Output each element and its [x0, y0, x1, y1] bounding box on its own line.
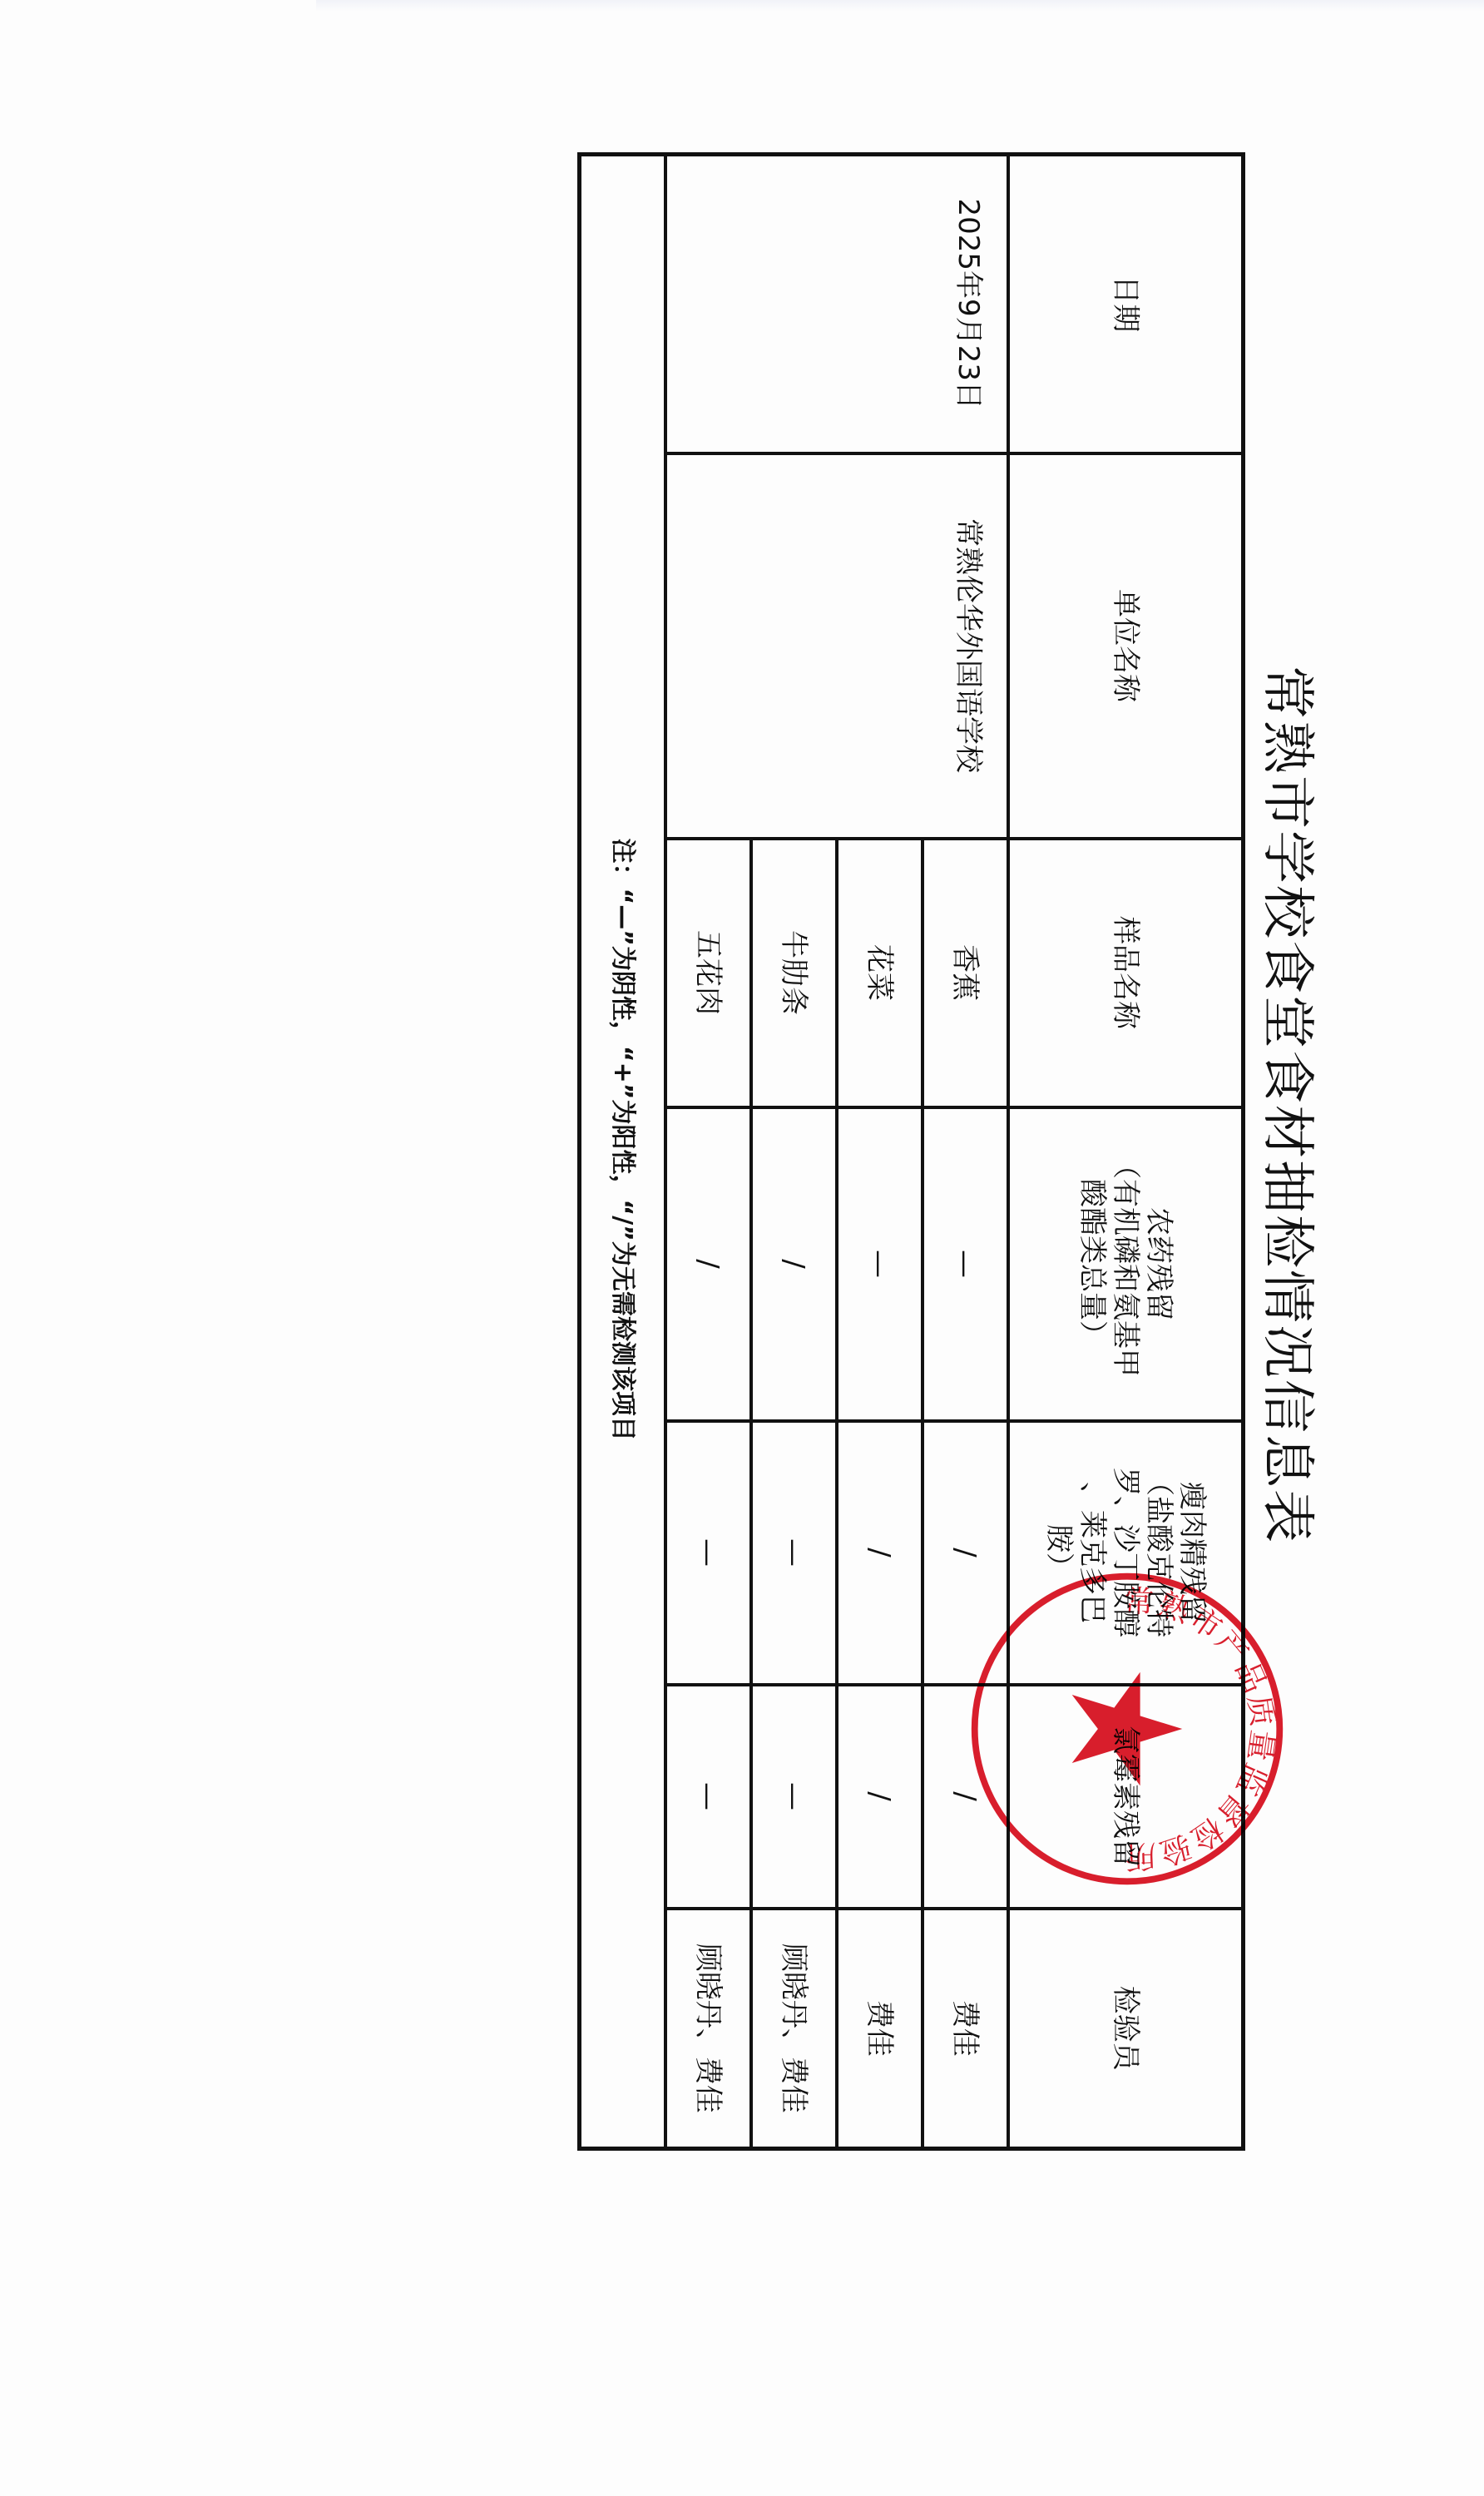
chloramphenicol-result: /: [837, 1685, 923, 1909]
pesticide-result: /: [751, 1107, 837, 1421]
date-cell: 2025年9月23日: [665, 155, 1008, 453]
report-sheet: 常熟市学校食堂食材抽检情况信息表 日期 单位名称 样品名称 农药残留（有机磷和氨…: [574, 152, 1323, 2149]
header-sample: 样品名称: [1008, 839, 1244, 1107]
pesticide-result: /: [665, 1107, 751, 1421]
inspector-cell: 费佳: [837, 1909, 923, 2149]
table-note: 注：“—”为阴性，“+”为阳性，“/”为无需检测该项目: [580, 839, 666, 2149]
inspection-table: 日期 单位名称 样品名称 农药残留（有机磷和氨基甲酸酯类总量） 瘦肉精残留（盐酸…: [577, 152, 1245, 2151]
header-unit: 单位名称: [1008, 453, 1244, 839]
table-header-row: 日期 单位名称 样品名称 农药残留（有机磷和氨基甲酸酯类总量） 瘦肉精残留（盐酸…: [1008, 155, 1244, 2149]
header-date: 日期: [1008, 155, 1244, 453]
note-spacer: [580, 155, 666, 839]
header-line: （有机磷和氨基甲: [1109, 1114, 1142, 1414]
pesticide-result: —: [837, 1107, 923, 1421]
header-line: 检验员: [1109, 1915, 1142, 2142]
inspector-cell: 顾晓丹、费佳: [665, 1909, 751, 2149]
header-pesticide-residue: 农药残留（有机磷和氨基甲酸酯类总量）: [1008, 1107, 1244, 1421]
scan-edge-artifact: [316, 0, 1484, 12]
unit-cell: 常熟伦华外国语学校: [665, 453, 1008, 839]
clenbuterol-result: —: [751, 1421, 837, 1685]
clenbuterol-result: /: [837, 1421, 923, 1685]
chloramphenicol-result: /: [923, 1685, 1008, 1909]
header-line: 氯霉素残留: [1109, 1691, 1142, 1902]
sample-cell: 牛肋条: [751, 839, 837, 1107]
clenbuterol-result: /: [923, 1421, 1008, 1685]
inspector-cell: 顾晓丹、费佳: [751, 1909, 837, 2149]
header-line: 罗、沙丁胺醇: [1109, 1428, 1142, 1678]
pesticide-result: —: [923, 1107, 1008, 1421]
header-line: 日期: [1109, 161, 1142, 447]
header-line: 瘦肉精残留: [1175, 1428, 1209, 1678]
header-line: 农药残留: [1142, 1114, 1175, 1414]
sample-cell: 五花肉: [665, 839, 751, 1107]
header-line: 酸酯类总量）: [1076, 1114, 1109, 1414]
sample-cell: 香蕉: [923, 839, 1008, 1107]
clenbuterol-result: —: [665, 1421, 751, 1685]
header-line: 、莱克多巴: [1076, 1428, 1109, 1678]
chloramphenicol-result: —: [751, 1685, 837, 1909]
document-title: 常熟市学校食堂食材抽检情况信息表: [1258, 666, 1316, 1697]
header-clenbuterol-residue: 瘦肉精残留（盐酸克伦特罗、沙丁胺醇、莱克多巴胺）: [1008, 1421, 1244, 1685]
header-inspector: 检验员: [1008, 1909, 1244, 2149]
header-line: 样品名称: [1109, 845, 1142, 1101]
header-line: （盐酸克伦特: [1142, 1428, 1175, 1678]
inspector-cell: 费佳: [923, 1909, 1008, 2149]
header-line: 单位名称: [1109, 460, 1142, 832]
chloramphenicol-result: —: [665, 1685, 751, 1909]
table-row: 2025年9月23日 常熟伦华外国语学校 香蕉 — / / 费佳: [923, 155, 1008, 2149]
note-row: 注：“—”为阴性，“+”为阳性，“/”为无需检测该项目: [580, 155, 666, 2149]
header-line: 胺）: [1042, 1428, 1076, 1678]
header-chloramphenicol-residue: 氯霉素残留: [1008, 1685, 1244, 1909]
sample-cell: 花菜: [837, 839, 923, 1107]
